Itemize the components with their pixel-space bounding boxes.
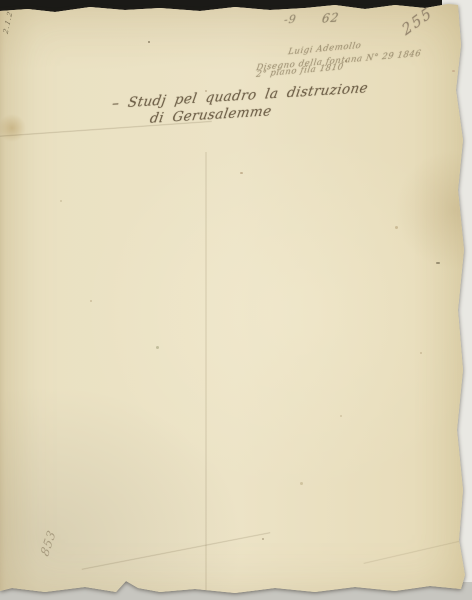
fold-crease-vertical xyxy=(205,152,207,590)
scanned-document: -9 62 255 2.1.2 Luigi Ademollo Disegno d… xyxy=(0,0,472,600)
paper-speck xyxy=(452,70,455,72)
paper-speck xyxy=(156,346,159,349)
bottom-corner-mark: 853 xyxy=(38,527,59,558)
corner-number: 255 xyxy=(399,3,436,39)
pencil-crossed-number: -9 xyxy=(283,13,297,27)
edge-inventory-mark: 2.1.2 xyxy=(2,10,14,35)
paper-speck xyxy=(240,172,243,174)
paper-speck xyxy=(395,226,398,229)
paper-speck xyxy=(90,300,92,302)
paper-speck xyxy=(148,41,150,43)
paper-speck xyxy=(436,262,440,264)
manuscript-page: -9 62 255 2.1.2 Luigi Ademollo Disegno d… xyxy=(0,0,472,600)
fold-crease xyxy=(82,532,271,571)
pencil-number: 62 xyxy=(321,10,340,25)
paper-speck xyxy=(262,538,264,540)
paper-speck xyxy=(340,415,342,417)
paper-speck xyxy=(420,352,422,354)
paper-speck xyxy=(300,482,303,485)
paper-shadow: -9 62 255 2.1.2 Luigi Ademollo Disegno d… xyxy=(0,0,472,600)
fold-crease xyxy=(363,534,472,565)
paper-speck xyxy=(60,200,62,202)
